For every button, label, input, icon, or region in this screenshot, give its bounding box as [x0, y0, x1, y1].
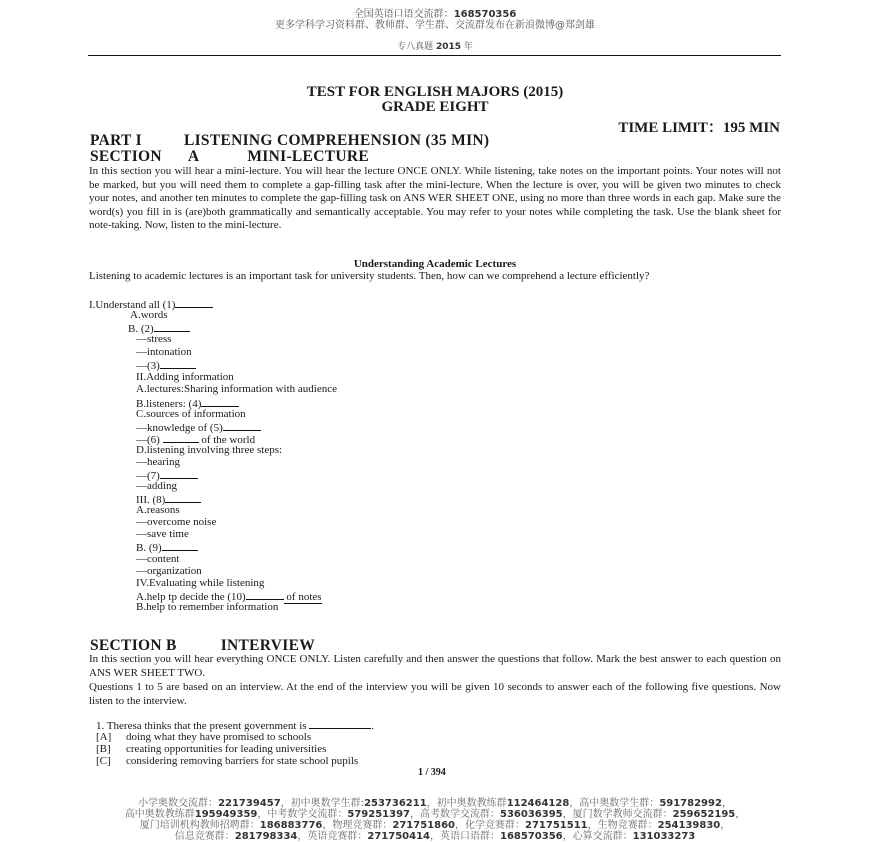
gap-blank[interactable] [154, 321, 190, 332]
gap-blank[interactable] [163, 432, 199, 443]
outline-item: —save time [136, 528, 189, 540]
header-group-label: 全国英语口语交流群： [354, 9, 454, 20]
option-text: creating opportunities for leading unive… [126, 743, 326, 755]
outline-item: D.listening involving three steps: [136, 444, 282, 456]
gap-blank[interactable] [162, 540, 198, 551]
section-label: SECTION B [90, 637, 177, 654]
outline-item: B. (9) [136, 540, 198, 554]
outline-text: C.sources of information [136, 408, 246, 420]
running-header-year: 2015 [436, 42, 461, 52]
gap-blank[interactable] [175, 297, 213, 308]
outline-item: —stress [136, 333, 171, 345]
section-title: INTERVIEW [221, 637, 315, 654]
outline-text: —save time [136, 528, 189, 540]
gap-blank[interactable] [201, 396, 239, 407]
outline-text: —intonation [136, 346, 192, 358]
outline-text: A.reasons [136, 504, 180, 516]
footer-line: 高中奥数教练群195949359，中考数学交流群：579251397，高考数学交… [0, 809, 870, 820]
answer-blank [309, 718, 371, 729]
gap-blank[interactable] [223, 420, 261, 431]
section-b-instructions: In this section you will hear everything… [89, 653, 781, 680]
outline-text: IV.Evaluating while listening [136, 577, 264, 589]
outline-text: —overcome noise [136, 516, 216, 528]
section-a-heading: SECTIONAMINI-LECTURE [90, 149, 369, 165]
time-limit: TIME LIMIT：195 MIN [618, 116, 780, 137]
option-label: [A] [96, 731, 126, 743]
outline-item: B.help to remember information [136, 601, 278, 613]
outline-item: —hearing [136, 456, 180, 468]
outline-text: A.words [130, 309, 168, 321]
outline-item: C.sources of information [136, 408, 246, 420]
option-text: doing what they have promised to schools [126, 731, 311, 743]
outline-text-after: of notes [284, 591, 322, 604]
question-1: 1. Theresa thinks that the present gover… [96, 718, 374, 732]
part-label: PART I [90, 132, 142, 149]
option-text: considering removing barriers for state … [126, 755, 358, 767]
footer-line: 厦门培训机构教师招聘群：186883776，物理竞赛群：271751860，化学… [0, 820, 870, 831]
outline-item: —intonation [136, 346, 192, 358]
option-b[interactable]: [B]creating opportunities for leading un… [96, 743, 326, 755]
outline-item: —organization [136, 565, 202, 577]
outline-item: A.reasons [136, 504, 180, 516]
gap-blank[interactable] [160, 358, 196, 369]
outline-text: A.lectures:Sharing information with audi… [136, 383, 337, 395]
footer-line: 信息竞赛群：281798334，英语竞赛群：271750414，英语口语群：16… [0, 831, 870, 842]
outline-item: —adding [136, 480, 177, 492]
option-a[interactable]: [A]doing what they have promised to scho… [96, 731, 311, 743]
lecture-title: Understanding Academic Lectures [0, 258, 870, 270]
outline-item: —overcome noise [136, 516, 216, 528]
running-header-suffix: 年 [461, 42, 473, 52]
outline-item: A.words [130, 309, 168, 321]
header-group-number: 168570356 [454, 9, 517, 20]
outline-item: II.Adding information [136, 371, 234, 383]
outline-text: —adding [136, 480, 177, 492]
outline-text: D.listening involving three steps: [136, 444, 282, 456]
header-rule [88, 55, 781, 56]
outline-item: IV.Evaluating while listening [136, 577, 264, 589]
option-label: [C] [96, 755, 126, 767]
part-heading: PART ILISTENING COMPREHENSION (35 MIN) [90, 133, 489, 149]
outline-text: —stress [136, 333, 171, 345]
gap-blank[interactable] [246, 589, 284, 600]
section-a-instructions: In this section you will hear a mini-lec… [89, 165, 781, 233]
running-header: 专八真题 2015 年 [0, 41, 870, 53]
page-number: 1 / 394 [418, 767, 446, 778]
part-title: LISTENING COMPREHENSION (35 MIN) [184, 132, 489, 149]
header-promo-line: 更多学科学习资料群、教师群、学生群、交流群发布在新浪微博@郑剑雄 [0, 20, 870, 32]
test-title: TEST FOR ENGLISH MAJORS (2015) [0, 84, 870, 100]
outline-text: B.help to remember information [136, 601, 278, 613]
outline-text: II.Adding information [136, 371, 234, 383]
outline-text: —organization [136, 565, 202, 577]
running-header-prefix: 专八真题 [397, 42, 436, 52]
gap-blank[interactable] [160, 468, 198, 479]
gap-blank[interactable] [165, 492, 201, 503]
footer-line: 小学奥数交流群：221739457，初中奥数学生群:253736211，初中奥数… [0, 798, 870, 809]
grade-title: GRADE EIGHT [0, 99, 870, 115]
outline-text: —content [136, 553, 179, 565]
outline-item: —content [136, 553, 179, 565]
option-c[interactable]: [C]considering removing barriers for sta… [96, 755, 358, 767]
question-end: . [371, 720, 374, 732]
section-b-instructions-2: Questions 1 to 5 are based on an intervi… [89, 681, 781, 708]
lecture-intro: Listening to academic lectures is an imp… [89, 270, 781, 284]
outline-item: A.lectures:Sharing information with audi… [136, 383, 337, 395]
section-letter: A [188, 148, 200, 165]
section-label: SECTION [90, 148, 162, 165]
outline-text: —hearing [136, 456, 180, 468]
outline-item: —(3) [136, 358, 196, 372]
section-title: MINI-LECTURE [247, 148, 369, 165]
option-label: [B] [96, 743, 126, 755]
